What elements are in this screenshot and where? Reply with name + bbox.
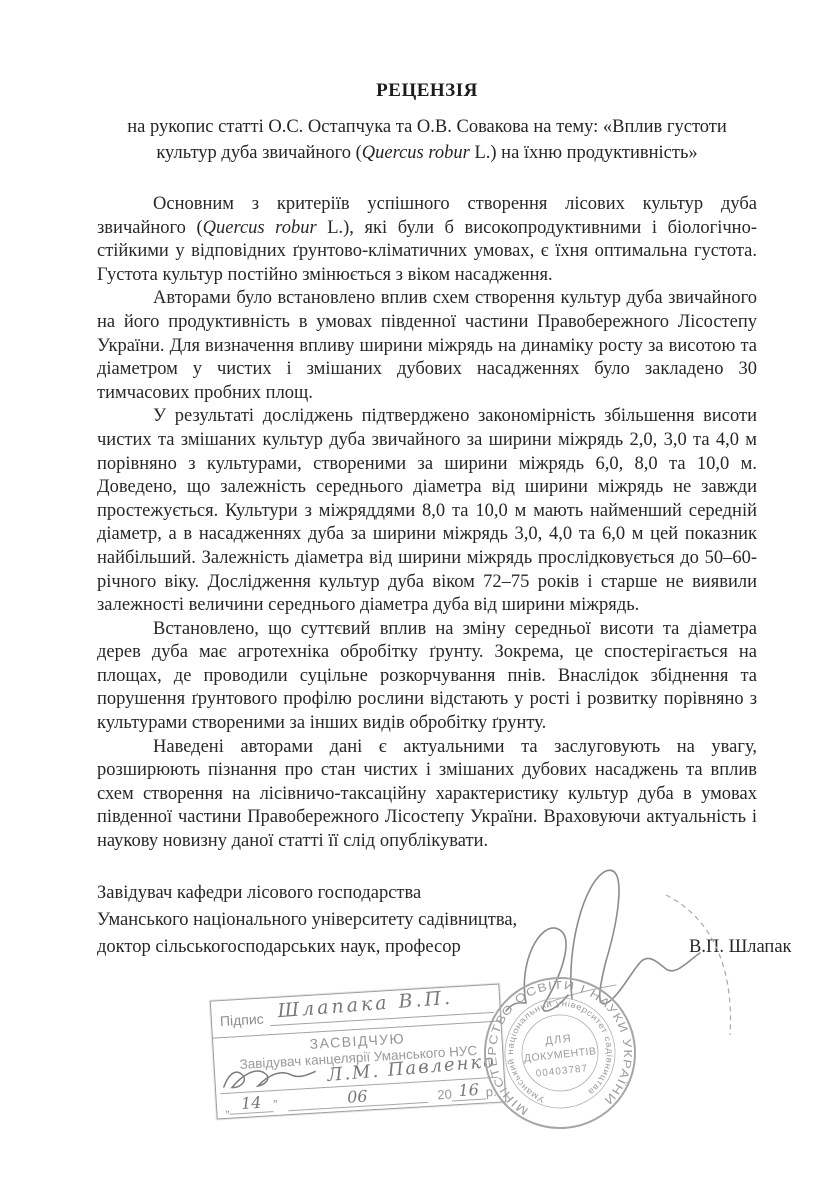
stamp-serial-number: 00403787 bbox=[535, 1063, 588, 1079]
subtitle-latin-name: Quercus robur bbox=[362, 143, 470, 163]
review-body: Основним з критеріїв успішного створення… bbox=[97, 193, 757, 854]
subtitle-text-post: L.) на їхню продуктивність» bbox=[470, 143, 698, 163]
stamp-center-line-2: ДОКУМЕНТІВ bbox=[523, 1045, 597, 1065]
body-paragraph: У результаті досліджень підтверджено зак… bbox=[97, 405, 757, 617]
handwritten-signer-name: Шлапака В.П. bbox=[276, 987, 453, 1022]
page-title: РЕЦЕНЗІЯ bbox=[97, 80, 757, 102]
body-paragraph: Авторами було встановлено вплив схем ств… bbox=[97, 287, 757, 405]
body-paragraph: Наведені авторами дані є актуальними та … bbox=[97, 736, 757, 854]
signature-label: Підпис bbox=[219, 1011, 264, 1030]
date-close-quote: ” bbox=[273, 1097, 278, 1112]
body-paragraph: Основним з критеріїв успішного створення… bbox=[97, 193, 757, 287]
stamp-center-line-1: ДЛЯ bbox=[545, 1033, 573, 1048]
signature-tail-stroke bbox=[666, 895, 730, 1035]
paragraph-text: У результаті досліджень підтверджено зак… bbox=[97, 406, 757, 615]
handwritten-month: 06 bbox=[347, 1087, 368, 1107]
body-paragraph: Встановлено, що суттєвий вплив на зміну … bbox=[97, 618, 757, 736]
round-official-stamp: МІНІСТЕРСТВО ОСВІТИ І НАУКИ УКРАЇНИ Уман… bbox=[450, 943, 670, 1163]
date-day-field: 14 bbox=[229, 1092, 274, 1115]
document-subtitle: на рукопис статті О.С. Остапчука та О.В.… bbox=[113, 114, 741, 166]
certifier-signature-scribble bbox=[219, 1061, 320, 1093]
scanned-review-page: РЕЦЕНЗІЯ на рукопис статті О.С. Остапчук… bbox=[0, 0, 832, 1184]
paragraph-latin-name: Quercus robur bbox=[203, 218, 317, 238]
handwritten-day: 14 bbox=[240, 1093, 261, 1113]
paragraph-text: Встановлено, що суттєвий вплив на зміну … bbox=[97, 619, 757, 733]
paragraph-text: Авторами було встановлено вплив схем ств… bbox=[97, 288, 757, 402]
date-century: 20 bbox=[437, 1087, 452, 1103]
document-content: РЕЦЕНЗІЯ на рукопис статті О.С. Остапчук… bbox=[97, 0, 757, 961]
stamp-outer-ring-text: МІНІСТЕРСТВО ОСВІТИ І НАУКИ УКРАЇНИ bbox=[480, 973, 639, 1120]
paragraph-text: Наведені авторами дані є актуальними та … bbox=[97, 737, 757, 851]
